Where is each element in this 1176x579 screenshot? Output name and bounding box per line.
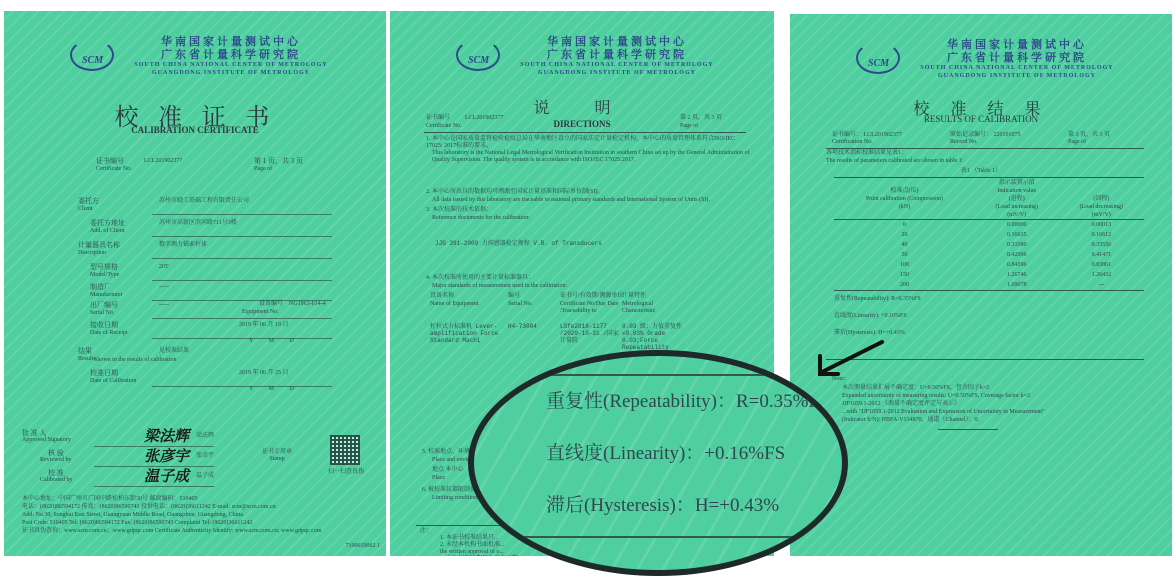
field-label-en: Serial No.	[90, 310, 114, 317]
field-label-zh: 结果	[78, 347, 92, 355]
arrow-pointer-icon	[812, 338, 892, 378]
footer-line: 证书真伪查询：www.scm.com.cn；www.gdpqc.com Cert…	[22, 527, 382, 535]
org-name-en-2: GUANGDONG INSTITUTE OF METROLOGY	[902, 72, 1132, 80]
org-name-en-2: GUANGDONG INSTITUTE OF METROLOGY	[502, 69, 732, 77]
col-header: Point calibration (Compression)	[838, 195, 971, 203]
field-label-en: Manufacturer	[90, 292, 123, 299]
direction-item-zh: 4. 本次校准所使用的主要计量标准器具：	[426, 275, 746, 282]
direction-item-en: This laboratory is the National Legal Me…	[432, 150, 752, 164]
note-line: Expanded uncertainty of measuring result…	[842, 392, 1045, 400]
reference-document: JJG 391-2009 力传感器检定规程 V.R. of Transducer…	[435, 240, 602, 247]
org-name-en-1: SOUTH CHINA NATIONAL CENTER OF METROLOGY	[502, 61, 732, 69]
metric-value: +0.16%FS	[881, 313, 907, 319]
col-header: (Load decreasing)	[1063, 203, 1140, 211]
logo-text: SCM	[82, 55, 103, 66]
field-label-zh: 出厂编号	[90, 301, 118, 309]
field-label-zh: 委托方	[78, 197, 99, 205]
cell-inc: 1.26746	[975, 270, 1059, 280]
org-name-zh-1: 华南国家计量测试中心	[116, 35, 346, 48]
table-row: 200.166350.16612	[834, 230, 1144, 240]
magnified-metric-value: R=0.35%FS	[736, 391, 830, 412]
signatory-role-zh: 校 准	[48, 469, 64, 477]
signature: 张彦宇	[144, 445, 189, 466]
cell-inc: 0.16635	[975, 230, 1059, 240]
org-name-zh-1: 华南国家计量测试中心	[902, 38, 1132, 51]
page-title-en: RESULTS OF CALIBRATION	[790, 114, 1172, 124]
direction-item-zh: 1. 本中心是国家质量监督检验检疫总局在华南地区设立的国家法定计量检定机构，本中…	[426, 136, 746, 150]
table-title: 表1 （Table 1）	[790, 168, 1172, 175]
cert-no-value: LCL201902377	[864, 132, 902, 138]
signature-line	[94, 486, 214, 487]
std-row-serial: H4-73004	[508, 323, 568, 330]
table-row: 1501.267461.26432	[834, 270, 1144, 280]
field-value: 苏州市晓工基础工程有限责任公司	[159, 198, 249, 205]
field-label-en: Date of Receipt	[90, 330, 128, 337]
signatory-name: 张彦宇	[196, 453, 214, 460]
signature: 梁法辉	[144, 425, 189, 446]
serial-footer: 7190619062 1	[346, 543, 381, 550]
page-number: 第 1 页，共 3 页	[254, 157, 303, 165]
field-label-zh: 委托方地址	[90, 219, 125, 227]
cell-dec: 0.00013	[1059, 220, 1144, 231]
field-underline	[152, 338, 332, 339]
equipment-no-value: NG1963-614-4	[289, 301, 326, 308]
org-name-zh-2: 广东省计量科学研究院	[116, 48, 346, 61]
equipment-no-label: 设备编号	[259, 301, 283, 308]
signatory-name: 温子成	[196, 473, 214, 480]
cert-no-label-en: Certificate No.	[96, 166, 132, 173]
cell-inc: 0.84596	[975, 260, 1059, 270]
footer-line: Post Code: 510405 Tel: (8620)86594172 Fa…	[22, 519, 382, 527]
field-label-en: Date of Calibration	[90, 378, 136, 385]
cert-no-label-en: Certificate No.	[426, 123, 462, 130]
cell-dec: 0.16612	[1059, 230, 1144, 240]
org-name-zh-2: 广东省计量科学研究院	[502, 48, 732, 61]
std-header-zh: 证书号/有效期/溯源单位	[560, 293, 623, 300]
col-header: (mV/V)	[1063, 211, 1140, 219]
page-number-en: Page of	[680, 123, 698, 130]
qr-code[interactable]	[330, 435, 360, 465]
col-header: (kN)	[838, 203, 971, 211]
note-line: ...with "JJF1059.1-2012 Evaluation and E…	[842, 408, 1045, 416]
signatory-role-en: Calibrated by	[40, 477, 73, 484]
field-value: -----	[159, 284, 169, 291]
cell-point: 100	[834, 260, 975, 270]
std-header-en: Serial No.	[508, 301, 568, 308]
signature: 温子成	[144, 465, 189, 486]
certificate-page-1: SCM 华南国家计量测试中心 广东省计量科学研究院 SOUTH CHINA NA…	[4, 11, 386, 556]
cert-no-label: 证书编号	[426, 115, 450, 122]
magnified-metric-label: 重复性(Repeatability)：	[546, 391, 736, 412]
table-row: 2001.69078---	[834, 280, 1144, 291]
signatory-role-en: Reviewed by	[40, 457, 72, 464]
std-header-zh: 设备名称	[430, 293, 454, 300]
metric-label: 重复性(Repeatability):	[834, 296, 890, 302]
col-header: (mV/V)	[979, 211, 1055, 219]
certificate-page-3: SCM 华南国家计量测试中心 广东省计量科学研究院 SOUTH CHINA NA…	[790, 14, 1172, 556]
cell-point: 20	[834, 230, 975, 240]
qr-caption: 扫一扫查真伪	[328, 469, 364, 476]
col-header: (进程)	[979, 195, 1055, 203]
cert-no-label: 证书编号	[96, 157, 124, 165]
stamp-area: 证书专用章 Stamp	[262, 449, 292, 463]
cert-no-label: 证书编号：	[832, 132, 862, 138]
col-group-header: 指示装置示值	[979, 179, 1055, 187]
std-header-en: Certificate No/Due Date /Traceability to	[560, 301, 620, 315]
cell-inc: 0.33580	[975, 240, 1059, 250]
footer-line: Add: No.30, Songbai East Street, Guangyu…	[22, 511, 382, 519]
signatory-role-zh: 核 验	[48, 449, 64, 457]
field-underline	[152, 258, 332, 259]
org-name-zh-1: 华南国家计量测试中心	[502, 35, 732, 48]
footer-line: 电话：(8620)86594172 传真：(8620)86590743 投诉电话…	[22, 503, 382, 511]
std-header-en: Name of Equipment	[430, 301, 490, 308]
direction-item-en: Major standards of measurement used in t…	[432, 283, 752, 290]
direction-item-zh: 2. 本中心所出具的数据均可溯源至国家计量基准和国际单位制(SI)。	[426, 189, 746, 196]
field-underline	[152, 280, 332, 281]
intro-zh: 各项技术指标校准结果见表1：	[826, 150, 907, 157]
ymd-label: Y M D	[249, 338, 294, 345]
field-label-en: Model/Type	[90, 272, 119, 279]
std-row-name: 杠杆式力标准机 Lever-amplification Force Standa…	[430, 323, 504, 344]
metric: 滞后(Hysteresis): H=+0.43%	[834, 330, 905, 337]
field-underline	[152, 214, 332, 215]
direction-item-en: Reference documents for the calibration:	[432, 215, 752, 222]
page-number: 第 2 页，共 3 页	[680, 115, 722, 122]
field-label-en: Client	[78, 206, 93, 213]
stamp-label-en: Stamp	[262, 456, 292, 463]
results-en: Shown in the results of calibration	[94, 357, 177, 364]
magnifier-callout: 重复性(Repeatability)：R=0.35%FS直线度(Linearit…	[468, 350, 848, 576]
cell-dec: 1.26432	[1059, 270, 1144, 280]
magnified-metric-label: 滞后(Hysteresis)：	[546, 495, 695, 516]
magnified-metric-label: 直线度(Linearity)：	[546, 443, 704, 464]
footer-address: 本中心地址：中国广州市广园中路松柏东街30号 邮政编码：510405电话：(86…	[22, 495, 382, 535]
ymd-label: Y M D	[249, 386, 294, 393]
logo-text: SCM	[868, 58, 889, 69]
field-underline	[152, 236, 332, 237]
record-no-value: 220191075	[994, 132, 1021, 138]
cell-point: 150	[834, 270, 975, 280]
cell-dec: ---	[1059, 280, 1144, 291]
field-label-en: Description	[78, 250, 106, 257]
field-label-en: Add. of Client	[90, 228, 125, 235]
col-header: (回程)	[1063, 195, 1140, 203]
page-number-zh: 第 3 页，共 3 页	[1068, 132, 1110, 138]
metric: 直线度(Linearity): +0.16%FS	[834, 313, 907, 320]
field-label-zh: 型号规格	[90, 263, 118, 271]
record-no-label-en: Record No.	[950, 139, 978, 145]
col-group-header: Indication value	[979, 187, 1055, 195]
signatory-role-zh: 批 准 人	[22, 429, 47, 437]
metric-label: 滞后(Hysteresis):	[834, 330, 877, 336]
field-value: 2019 年 06 月 25 日	[239, 370, 289, 377]
metric-value: H=+0.43%	[878, 330, 905, 336]
col-header: (Load increasing)	[979, 203, 1055, 211]
direction-lower-zh: 地点 本中心	[432, 467, 464, 474]
field-value: 20T	[159, 264, 169, 271]
cell-inc: 0.42096	[975, 250, 1059, 260]
page-number-en: Page of	[1068, 139, 1086, 145]
page-number-en: Page of	[254, 166, 272, 173]
page-title-en: CALIBRATION CERTIFICATE	[4, 125, 386, 135]
equipment-no-label-en: Equipment No.	[242, 309, 279, 316]
cell-dec: 0.33556	[1059, 240, 1144, 250]
metric-value: R=0.35%FS	[891, 296, 921, 302]
org-name-zh-2: 广东省计量科学研究院	[902, 51, 1132, 64]
magnified-metric: 滞后(Hysteresis)：H=+0.43%	[546, 490, 779, 517]
table-row: 1000.845960.83861	[834, 260, 1144, 270]
cell-inc: 0.00000	[975, 220, 1059, 231]
letterhead: SCM 华南国家计量测试中心 广东省计量科学研究院 SOUTH CHINA NA…	[4, 35, 386, 95]
magnified-metric: 重复性(Repeatability)：R=0.35%FS	[546, 386, 830, 413]
logo-text: SCM	[468, 55, 489, 66]
footer-line: 本中心地址：中国广州市广园中路松柏东街30号 邮政编码：510405	[22, 495, 382, 503]
table-row: 500.420960.41471	[834, 250, 1144, 260]
direction-item-en: All data issued by this laboratory are t…	[432, 197, 752, 204]
cell-point: 200	[834, 280, 975, 291]
record-no: 原始记录编号： 220191075Record No.	[950, 132, 1021, 146]
direction-lower-en: Limiting conditions	[432, 495, 480, 502]
intro-en: The results of parameters calibrated are…	[826, 158, 963, 165]
std-header-zh: 计量特性	[622, 293, 646, 300]
field-label-zh: 校准日期	[90, 369, 118, 377]
note-line: (Indicator S/N): HBFA-V134870，通道（Channel…	[842, 416, 1045, 424]
table-row: 400.335800.33556	[834, 240, 1144, 250]
metric-label: 直线度(Linearity):	[834, 313, 880, 319]
field-label-zh: 接收日期	[90, 321, 118, 329]
stamp-label: 证书专用章	[262, 449, 292, 456]
note-line: JJF1059.1-2012 《测量不确定度评定与表示》	[842, 400, 1045, 408]
field-label-zh: 制造厂	[90, 283, 111, 291]
field-underline	[152, 386, 332, 387]
std-header-en: Metrological Characteristic	[622, 301, 682, 315]
cell-point: 50	[834, 250, 975, 260]
field-value: 2019 年 06 月 19 日	[239, 322, 289, 329]
field-label-zh: 计量器具名称	[78, 241, 120, 249]
cert-no: 证书编号： LCL201902377Certification No.	[832, 132, 902, 146]
letterhead: SCM 华南国家计量测试中心 广东省计量科学研究院 SOUTH CHINA NA…	[390, 35, 774, 95]
page-number: 第 3 页，共 3 页Page of	[1068, 132, 1110, 146]
org-name-en-1: SOUTH CHINA NATIONAL CENTER OF METROLOGY	[116, 61, 346, 69]
field-underline	[152, 318, 332, 319]
field-value: 苏州市高新区滨河路711号3楼	[159, 220, 237, 227]
note-line: 本次测量结果扩展不确定度：U=0.50%FS，包含因子k=2	[842, 384, 1045, 392]
cell-point: 0	[834, 220, 975, 231]
results-table: 校准点(压)Point calibration (Compression)(kN…	[834, 179, 1144, 291]
cell-point: 40	[834, 240, 975, 250]
magnified-metric-value: +0.16%FS	[704, 443, 785, 464]
cell-inc: 1.69078	[975, 280, 1059, 291]
magnified-metric: 直线度(Linearity)：+0.16%FS	[546, 438, 785, 465]
spacer	[1063, 179, 1140, 195]
std-row-cert: LSfe2018-1177 /2020-10-31 /国家计量院	[560, 323, 620, 344]
letterhead: SCM 华南国家计量测试中心 广东省计量科学研究院 SOUTH CHINA NA…	[790, 38, 1172, 98]
col-header: 校准点(压)	[838, 187, 971, 195]
field-value: 数字测力锚索杆体	[159, 242, 207, 249]
field-value: 见校准结果	[159, 348, 189, 355]
magnified-metric-value: H=+0.43%	[695, 495, 779, 516]
cert-no-label-en: Certification No.	[832, 139, 873, 145]
std-header-zh: 编号	[508, 293, 520, 300]
table-row: 00.000000.00013	[834, 220, 1144, 231]
field-value: -----	[159, 302, 169, 309]
cell-dec: 0.83861	[1059, 260, 1144, 270]
direction-lower-en: Place	[432, 475, 445, 482]
record-no-label: 原始记录编号：	[950, 132, 992, 138]
metric: 重复性(Repeatability): R=0.35%FS	[834, 296, 921, 303]
signatory-name: 梁法辉	[196, 433, 214, 440]
direction-item-zh: 3. 本次校准的技术依据：	[426, 207, 746, 214]
org-name-en-2: GUANGDONG INSTITUTE OF METROLOGY	[116, 69, 346, 77]
signatory-role-en: Approved Signatory	[22, 437, 71, 444]
cert-no-value: LCL201902377	[465, 115, 503, 122]
notes-label: 注：	[420, 528, 432, 534]
notes: 本次测量结果扩展不确定度：U=0.50%FS，包含因子k=2Expanded u…	[842, 384, 1045, 424]
cell-dec: 0.41471	[1059, 250, 1144, 260]
org-name-en-1: SOUTH CHINA NATIONAL CENTER OF METROLOGY	[902, 64, 1132, 72]
cert-no-value: LCL201902377	[144, 158, 182, 165]
